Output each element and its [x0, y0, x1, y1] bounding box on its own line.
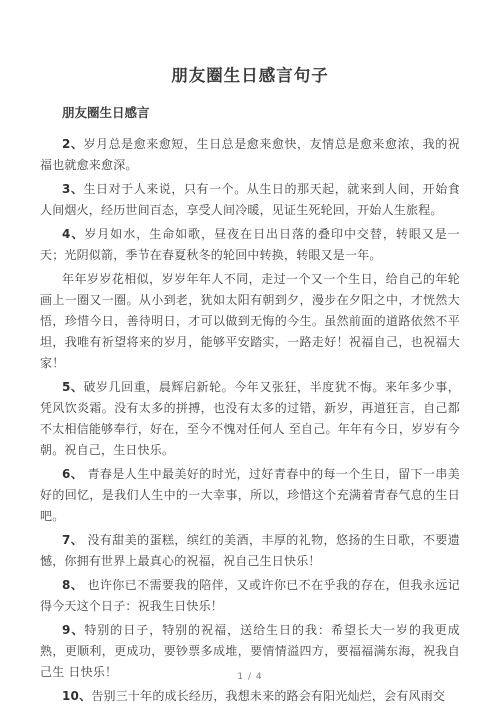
section-subtitle: 朋友圈生日感言 [40, 103, 460, 121]
paragraph-text: 特别的日子，特别的祝福，送给生日的我：希望长大一岁的我更成熟，更顺利，更成功，要… [40, 623, 460, 679]
paragraph-list: 2、岁月总是愈来愈短，生日总是愈来愈快，友情总是愈来愈浓，我的祝福也就愈来愈深。… [40, 134, 460, 707]
paragraph-number: 3、 [62, 182, 83, 196]
paragraph: 8、 也许你已不需要我的陪伴，又或许你已不在乎我的存在，但我永远记得今天这个日子… [40, 575, 460, 617]
paragraph: 3、生日对于人来说，只有一个。从生日的那天起，就来到人间，开始食人间烟火，经历世… [40, 179, 460, 221]
paragraph-text: 破岁几回重，晨辉启新轮。今年又张狂，半度犹不悔。来年多少事，凭风饮炎霜。没有太多… [40, 380, 460, 457]
document-page: 朋友圈生日感言句子 朋友圈生日感言 2、岁月总是愈来愈短，生日总是愈来愈快，友情… [0, 0, 500, 708]
paragraph: 6、 青春是人生中最美好的时光，过好青春中的每一个生日，留下一串美好的回忆，是我… [40, 464, 460, 527]
paragraph-text: 生日对于人来说，只有一个。从生日的那天起，就来到人间，开始食人间烟火，经历世间百… [40, 182, 460, 217]
paragraph: 年年岁岁花相似，岁岁年年人不同，走过一个又一个生日，给自己的年轮画上一圈又一圈。… [40, 269, 460, 374]
paragraph-number: 4、 [62, 227, 84, 241]
paragraph-text: 岁月如水，生命如歌，昼夜在日出日落的叠印中交替，转眼又是一天；光阴似箭，季节在春… [40, 227, 460, 262]
paragraph: 10、告别三十年的成长经历，我想未来的路会有阳光灿烂，会有风雨交 [40, 686, 460, 707]
paragraph-text: 也许你已不需要我的陪伴，又或许你已不在乎我的存在，但我永远记得今天这个日子：祝我… [40, 578, 460, 613]
paragraph-number: 7、 [62, 533, 83, 547]
paragraph: 2、岁月总是愈来愈短，生日总是愈来愈快，友情总是愈来愈浓，我的祝福也就愈来愈深。 [40, 134, 460, 176]
page-number: 1 / 4 [0, 672, 500, 682]
paragraph-text: 年年岁岁花相似，岁岁年年人不同，走过一个又一个生日，给自己的年轮画上一圈又一圈。… [40, 272, 460, 370]
paragraph: 7、 没有甜美的蛋糕，缤红的美酒，丰厚的礼物，悠扬的生日歌，不要遗憾，你拥有世界… [40, 530, 460, 572]
paragraph-text: 岁月总是愈来愈短，生日总是愈来愈快，友情总是愈来愈浓，我的祝福也就愈来愈深。 [40, 137, 460, 172]
paragraph: 4、岁月如水，生命如歌，昼夜在日出日落的叠印中交替，转眼又是一天；光阴似箭，季节… [40, 224, 460, 266]
paragraph-number: 8、 [62, 578, 83, 592]
paragraph-text: 告别三十年的成长经历，我想未来的路会有阳光灿烂，会有风雨交 [91, 689, 445, 703]
paragraph: 5、破岁几回重，晨辉启新轮。今年又张狂，半度犹不悔。来年多少事，凭风饮炎霜。没有… [40, 377, 460, 461]
page-title: 朋友圈生日感言句子 [0, 62, 500, 86]
paragraph-number: 2、 [62, 137, 83, 151]
paragraph-number: 10、 [62, 689, 91, 703]
paragraph-number: 6、 [62, 467, 83, 481]
paragraph-text: 青春是人生中最美好的时光，过好青春中的每一个生日，留下一串美好的回忆，是我们人生… [40, 467, 460, 523]
paragraph-number: 9、 [62, 623, 84, 637]
document-body: 朋友圈生日感言 2、岁月总是愈来愈短，生日总是愈来愈快，友情总是愈来愈浓，我的祝… [40, 103, 460, 707]
paragraph-text: 没有甜美的蛋糕，缤红的美酒，丰厚的礼物，悠扬的生日歌，不要遗憾，你拥有世界上最真… [40, 533, 460, 568]
paragraph-number: 5、 [62, 380, 83, 394]
